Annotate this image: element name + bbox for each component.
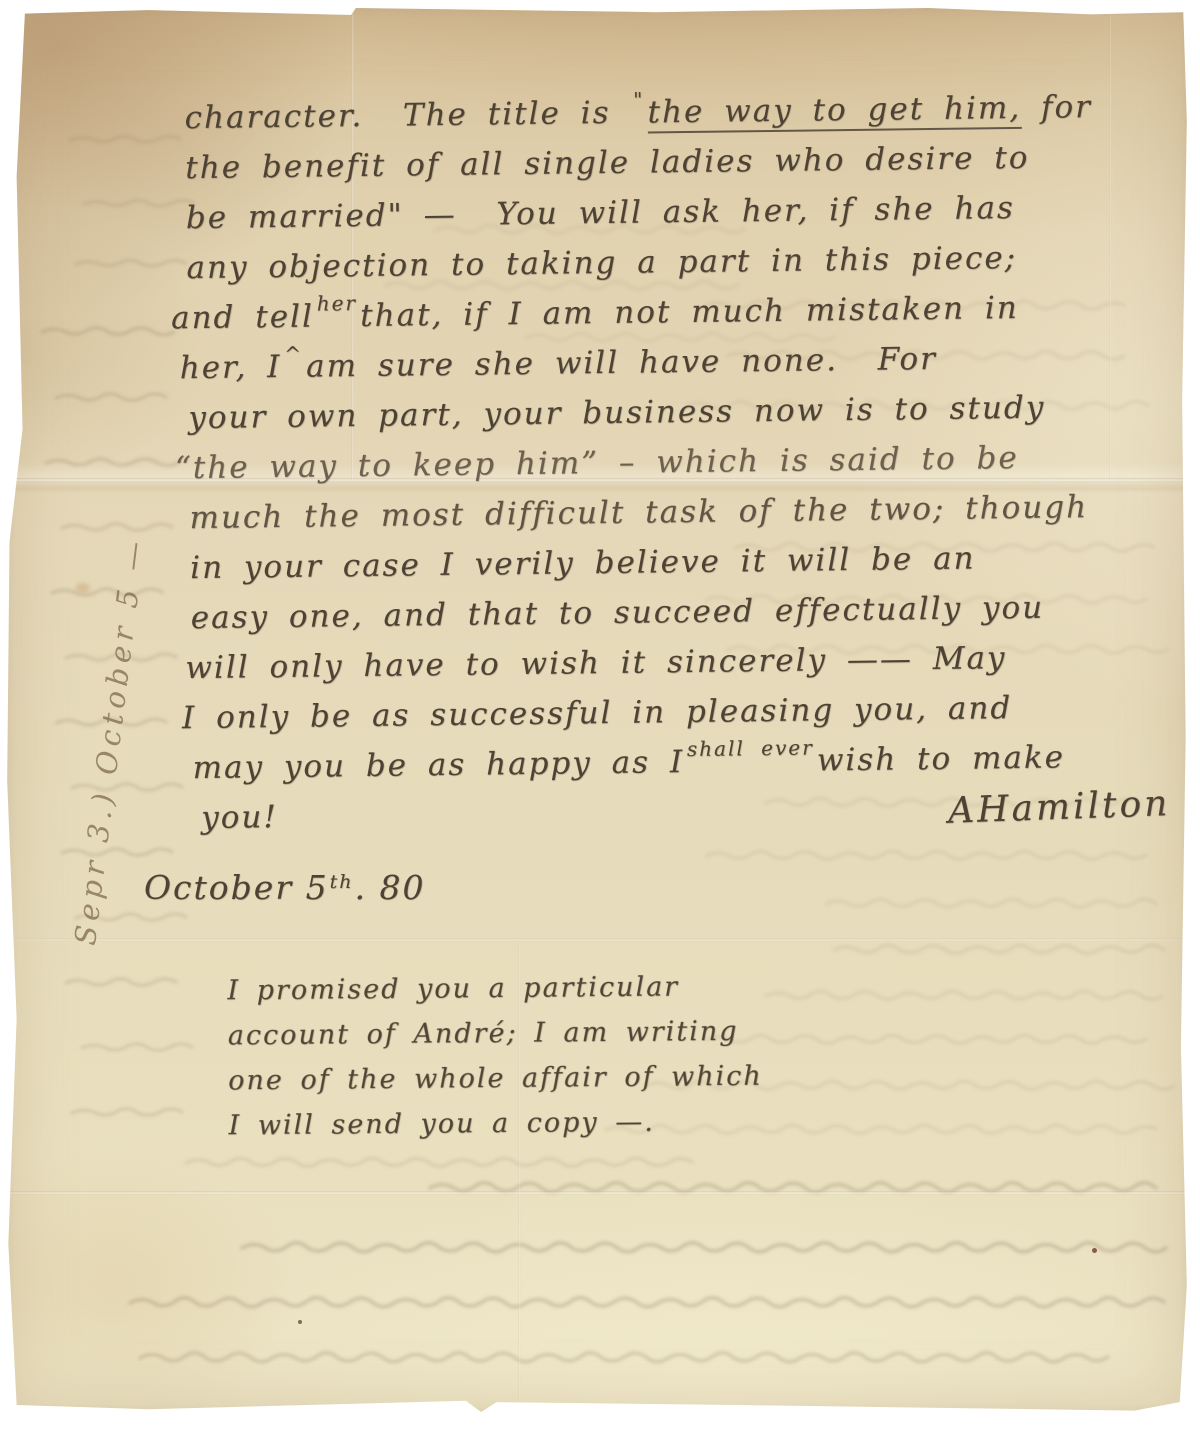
postscript-line: one of the whole affair of which (228, 1054, 763, 1104)
inserted-text: her (317, 291, 358, 315)
bleed-through-line (186, 1158, 692, 1166)
letter-body-text: character. The title is "the way to get … (184, 88, 1193, 850)
superscript: th (330, 871, 354, 893)
inserted-text: " (633, 88, 644, 112)
bleed-through-line (140, 1353, 1108, 1362)
foxing-speck (1092, 1248, 1097, 1253)
margin-docket-note: Sepr 3.) October 5 — (68, 535, 152, 948)
fold-crease-horizontal (6, 938, 1188, 942)
stain (76, 583, 90, 593)
date-line: October 5th. 80 (144, 868, 425, 907)
bleed-through-line (242, 1243, 1166, 1252)
bleed-through-line (766, 991, 1162, 999)
bleed-through-line (42, 328, 174, 335)
signature-hamilton: AHamilton — (947, 781, 1200, 832)
bleed-through-line (706, 1035, 1146, 1043)
bleed-through-line (130, 1298, 1164, 1307)
postscript-line: I promised you a particular (227, 964, 762, 1014)
bleed-through-line (826, 899, 1156, 907)
postscript-line: I will send you a copy —. (228, 1099, 763, 1149)
bleed-through-line (66, 979, 176, 985)
bleed-through-line (430, 1183, 1156, 1192)
underlined-phrase: the way to get him, (647, 90, 1021, 134)
bleed-through-line (56, 394, 166, 400)
bleed-through-line (62, 524, 172, 530)
bleed-through-line (706, 851, 1146, 859)
bleed-through-line (70, 136, 180, 142)
bleed-through-line (46, 459, 178, 466)
inserted-text: shall ever (687, 735, 814, 761)
bleed-through-line (72, 1109, 182, 1115)
bleed-through-line (84, 200, 194, 206)
foxing-speck (298, 1320, 302, 1324)
postscript: I promised you a particularaccount of An… (227, 964, 763, 1149)
letter-page: character. The title is "the way to get … (6, 8, 1188, 1412)
bleed-through-line (82, 1044, 192, 1050)
fold-crease-horizontal (6, 1191, 1188, 1195)
bleed-through-line (834, 945, 1164, 953)
bleed-through-line (76, 260, 186, 266)
inserted-text: ^ (284, 342, 303, 366)
postscript-line: account of André; I am writing (228, 1009, 763, 1059)
